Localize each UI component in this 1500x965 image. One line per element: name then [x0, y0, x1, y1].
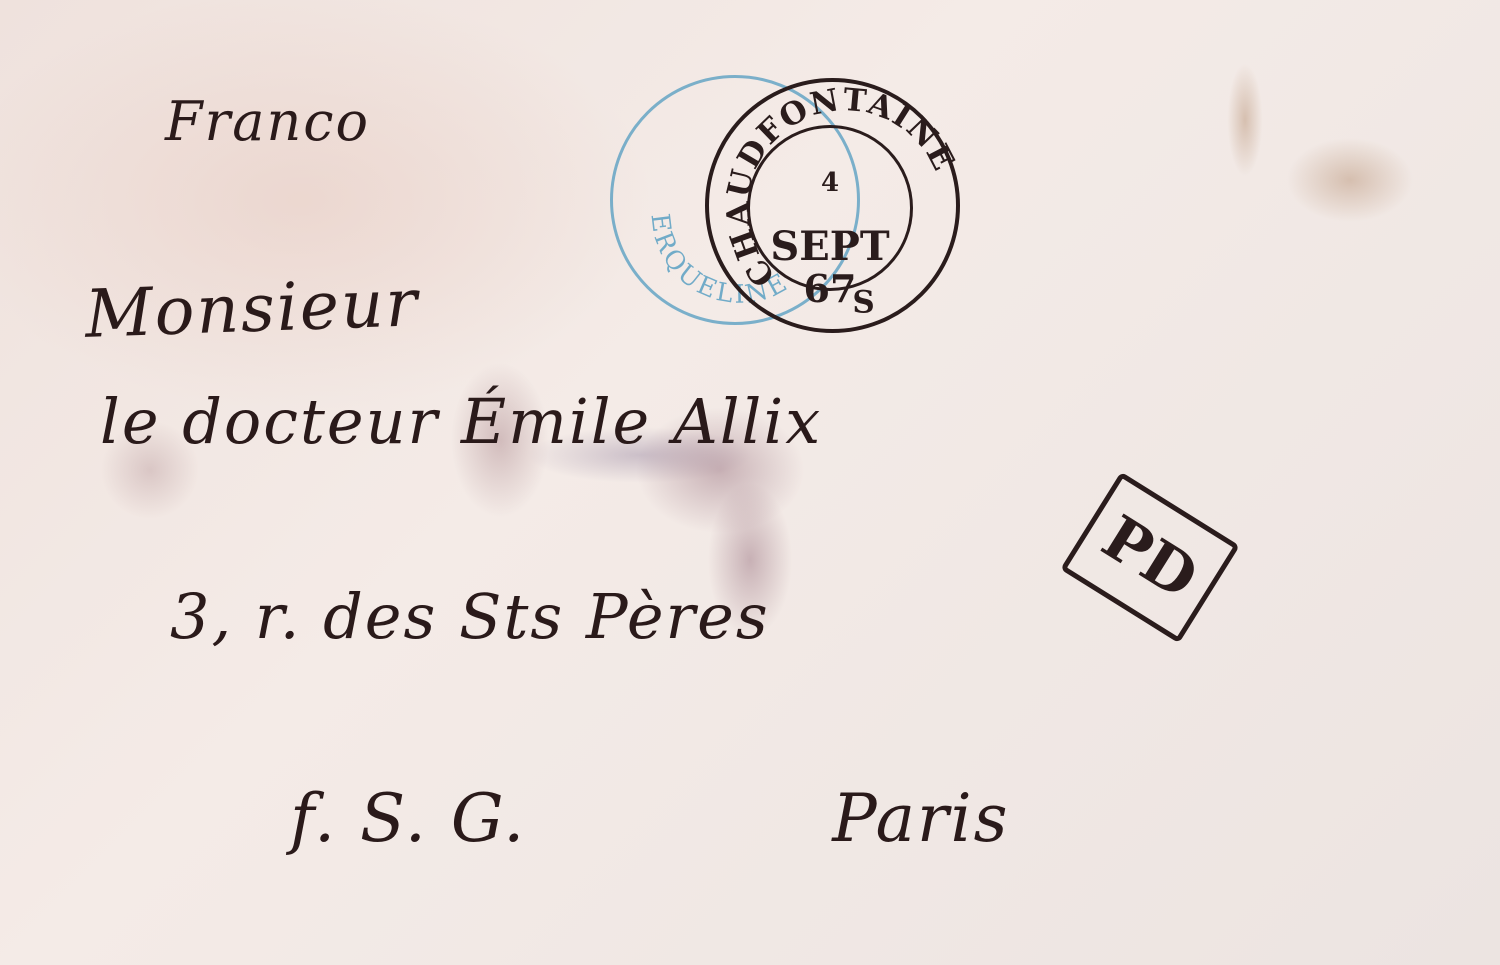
- envelope: Franco Monsieur le docteur Émile Allix 3…: [0, 0, 1500, 965]
- handwritten-recipient: le docteur Émile Allix: [100, 385, 822, 458]
- handwritten-city-line: f. S. G. Paris: [290, 780, 1010, 857]
- pd-stamp-text: PD: [1090, 502, 1209, 613]
- pd-boxed-stamp: PD: [1060, 472, 1240, 644]
- postmark-month: SEPT: [750, 223, 910, 270]
- handwritten-franco: Franco: [165, 90, 370, 153]
- postmark-year: 67: [750, 266, 910, 311]
- handwritten-street: 3, r. des Sts Pères: [170, 580, 770, 653]
- handwritten-district: f. S. G.: [290, 780, 526, 857]
- handwritten-city: Paris: [832, 780, 1009, 857]
- chaudfontaine-postmark: CHAUDFONTAINE S 4 SEPT 67: [705, 78, 960, 333]
- postmark-inner-circle: 4 SEPT 67: [747, 125, 913, 291]
- postmark-day: 4: [750, 168, 910, 198]
- handwritten-salutation: Monsieur: [84, 264, 420, 353]
